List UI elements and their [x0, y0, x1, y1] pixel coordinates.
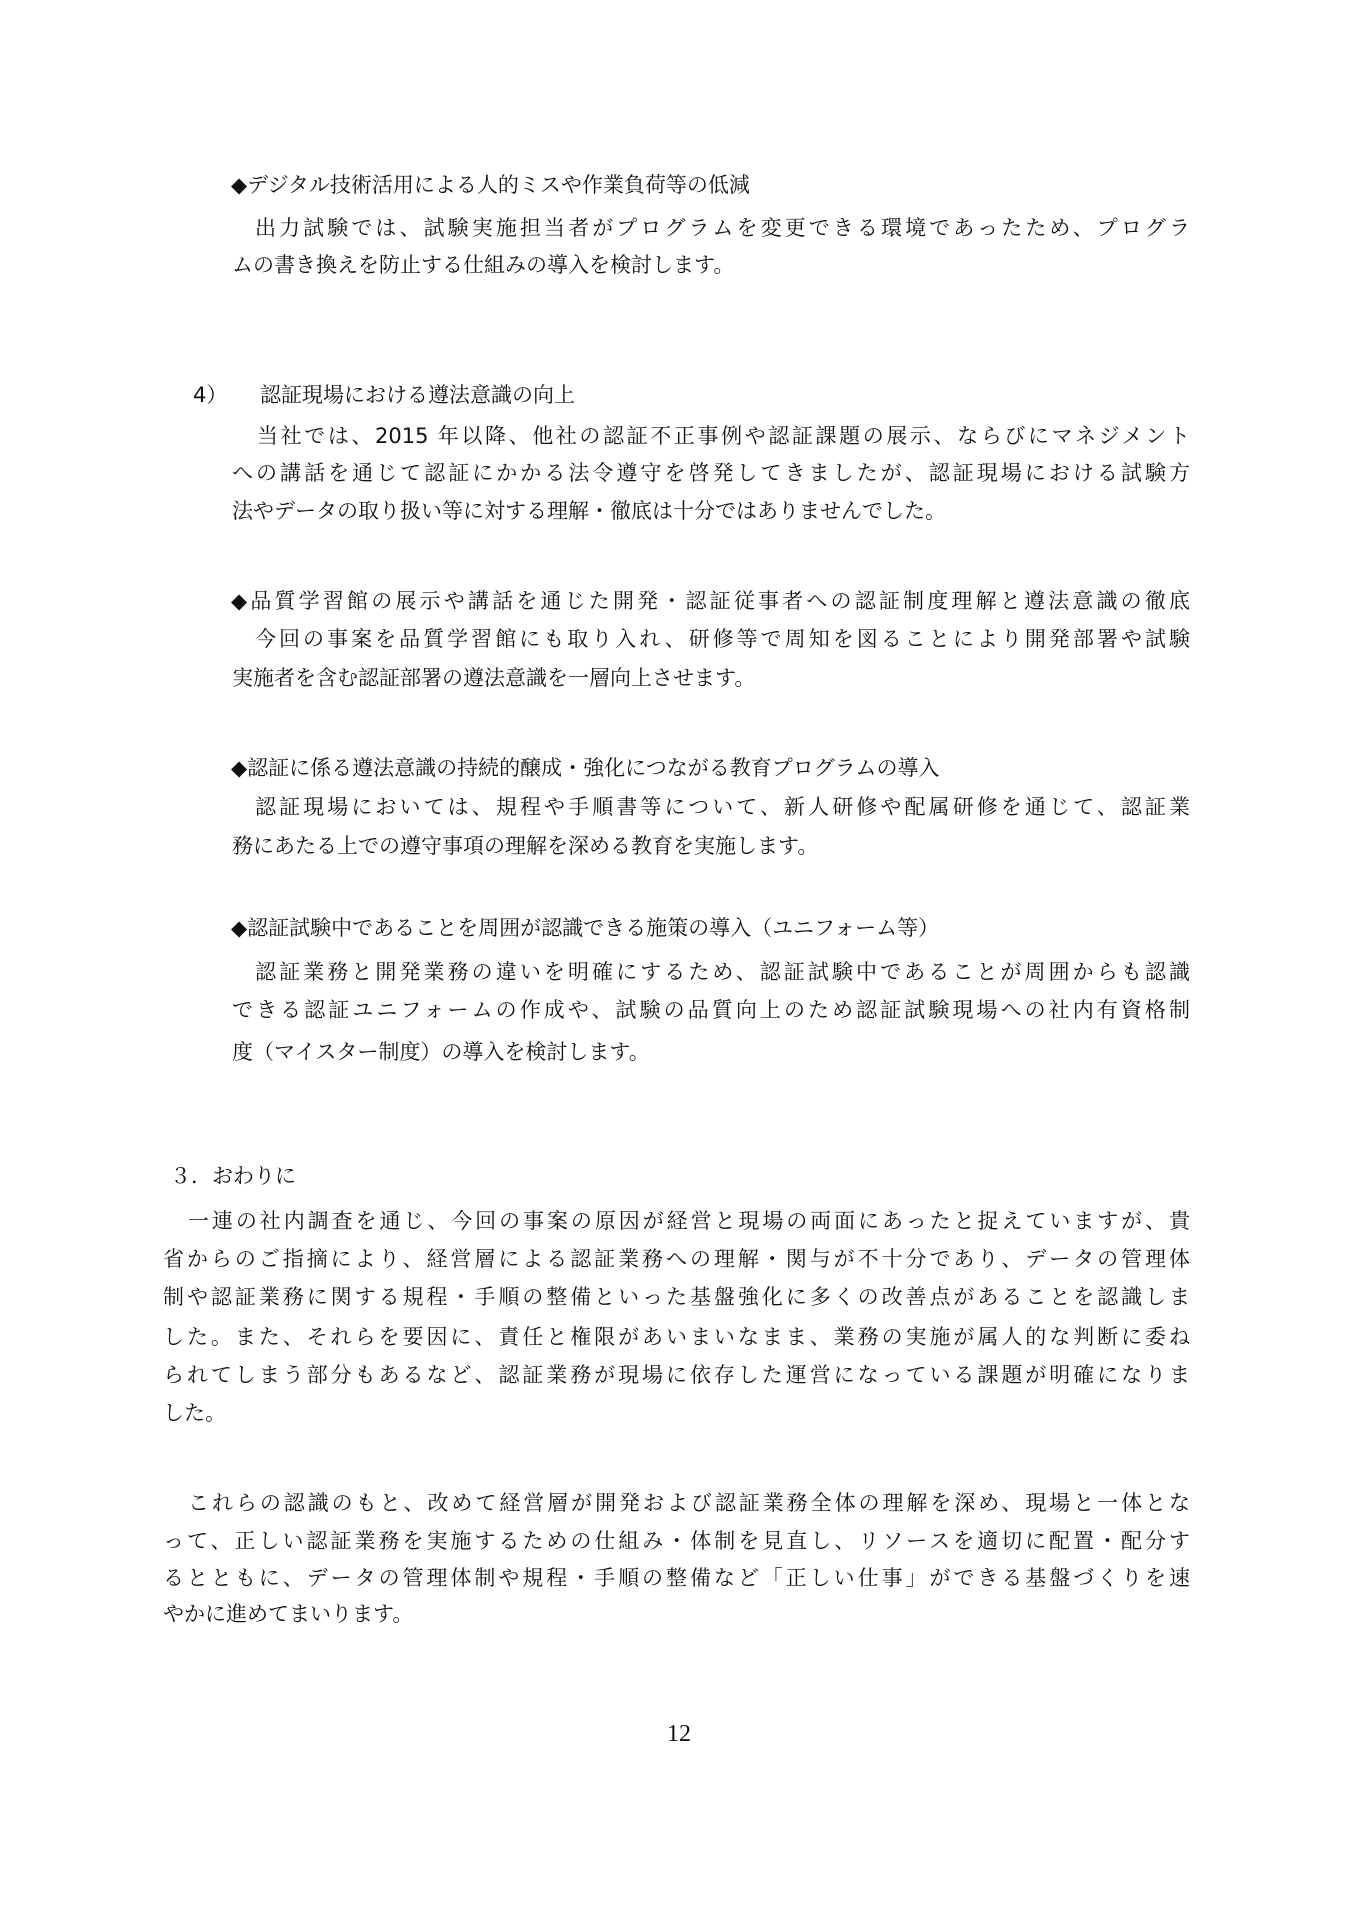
section-title: 認証現場における遵法意識の向上	[260, 380, 575, 410]
paragraph-line: 今回の事案を品質学習館にも取り入れ、研修等で周知を図ることにより開発部署や試験	[255, 624, 1190, 654]
document-page: ◆デジタル技術活用による人的ミスや作業負荷等の低減 出力試験では、試験実施担当者…	[0, 0, 1358, 1920]
paragraph-line: した。また、それらを要因に、責任と権限があいまいなまま、業務の実施が属人的な判断…	[163, 1322, 1190, 1352]
bullet-heading-uniform: ◆認証試験中であることを周囲が認識できる施策の導入（ユニフォーム等）	[231, 913, 939, 943]
paragraph-line: できる認証ユニフォームの作成や、試験の品質向上のため認証試験現場への社内有資格制	[232, 995, 1190, 1025]
page-number: 12	[0, 1720, 1358, 1748]
paragraph-line: やかに進めてまいります。	[163, 1599, 413, 1629]
section-heading-conclusion: ３．おわりに	[170, 1161, 296, 1191]
bullet-heading-digital: ◆デジタル技術活用による人的ミスや作業負荷等の低減	[231, 170, 750, 200]
paragraph-line: 実施者を含む認証部署の遵法意識を一層向上させます。	[232, 663, 755, 693]
paragraph-line: ムの書き換えを防止する仕組みの導入を検討します。	[232, 250, 734, 280]
paragraph-line: への講話を通じて認証にかかる法令遵守を啓発してきましたが、認証現場における試験方	[232, 458, 1190, 488]
bullet-heading-education-program: ◆認証に係る遵法意識の持続的醸成・強化につながる教育プログラムの導入	[231, 753, 940, 783]
paragraph-line: 当社では、2015 年以降、他社の認証不正事例や認証課題の展示、ならびにマネジメ…	[257, 421, 1190, 451]
paragraph-line: 度（マイスター制度）の導入を検討します。	[232, 1037, 650, 1067]
paragraph-line: 認証業務と開発業務の違いを明確にするため、認証試験中であることが周囲からも認識	[255, 957, 1190, 987]
paragraph-line: られてしまう部分もあるなど、認証業務が現場に依存した運営になっている課題が明確に…	[163, 1360, 1190, 1390]
paragraph-line: 認証現場においては、規程や手順書等について、新人研修や配属研修を通じて、認証業	[255, 792, 1190, 822]
paragraph-line: 制や認証業務に関する規程・手順の整備といった基盤強化に多くの改善点があることを認…	[163, 1282, 1190, 1312]
paragraph-line: 一連の社内調査を通じ、今回の事案の原因が経営と現場の両面にあったと捉えていますが…	[188, 1206, 1190, 1236]
paragraph-line: これらの認識のもと、改めて経営層が開発および認証業務全体の理解を深め、現場と一体…	[188, 1488, 1190, 1518]
paragraph-line: 省からのご指摘により、経営層による認証業務への理解・関与が不十分であり、データの…	[163, 1244, 1190, 1274]
paragraph-line: 出力試験では、試験実施担当者がプログラムを変更できる環境であったため、プログラ	[255, 213, 1190, 243]
paragraph-line: 法やデータの取り扱い等に対する理解・徹底は十分ではありませんでした。	[232, 496, 946, 526]
paragraph-line: って、正しい認証業務を実施するための仕組み・体制を見直し、リソースを適切に配置・…	[163, 1526, 1190, 1556]
paragraph-line: るとともに、データの管理体制や規程・手順の整備など「正しい仕事」ができる基盤づく…	[163, 1563, 1190, 1593]
bullet-heading-quality-hall: ◆品質学習館の展示や講話を通じた開発・認証従事者への認証制度理解と遵法意識の徹底	[231, 586, 1190, 616]
paragraph-line: した。	[163, 1398, 226, 1428]
section-number: 4）	[193, 380, 227, 410]
paragraph-line: 務にあたる上での遵守事項の理解を深める教育を実施します。	[232, 831, 818, 861]
